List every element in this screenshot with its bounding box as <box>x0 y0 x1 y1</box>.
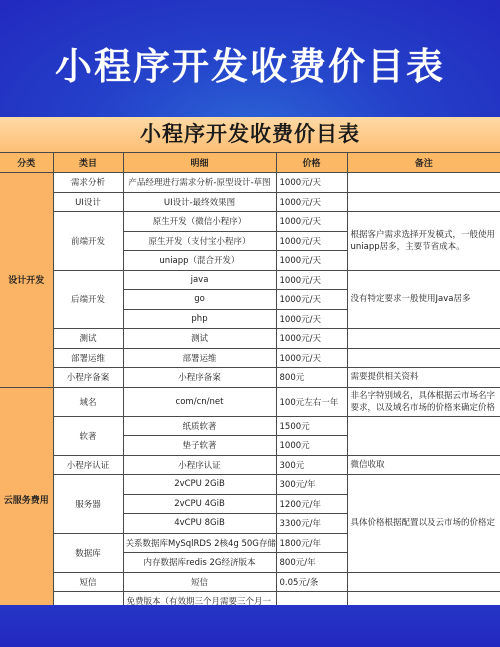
price-cell: 100元左右一年 <box>276 387 347 416</box>
detail-cell: java <box>123 270 276 290</box>
detail-cell: 短信 <box>123 572 276 592</box>
price-cell: 1000元/天 <box>276 290 347 310</box>
item-cell: 小程序备案 <box>53 368 123 388</box>
detail-cell: go <box>123 290 276 310</box>
detail-cell: 4vCPU 8GiB <box>123 514 276 534</box>
note-cell: 没有特定要求一般使用Java居多 <box>347 270 500 329</box>
detail-cell: 小程序认证 <box>123 455 276 475</box>
item-cell <box>53 592 123 606</box>
price-cell: 1000元/天 <box>276 192 347 212</box>
table-row: 小程序认证 小程序认证 300元 微信收取 <box>0 455 500 475</box>
category-cloud-service: 云服务费用 <box>0 387 53 605</box>
header-detail: 明细 <box>123 153 276 173</box>
item-cell: 后端开发 <box>53 270 123 329</box>
table-row: 云服务费用 域名 com/cn/net 100元左右一年 非名字特别域名，具体根… <box>0 387 500 416</box>
detail-cell: 纸质软著 <box>123 416 276 436</box>
header-category: 分类 <box>0 153 53 173</box>
price-cell: 1000元/天 <box>276 329 347 349</box>
price-cell: 300元/年 <box>276 475 347 495</box>
item-cell: 软著 <box>53 416 123 455</box>
detail-cell: uniapp（混合开发） <box>123 251 276 271</box>
note-cell: 非名字特别域名，具体根据云市场名字要求，以及域名市场的价格来确定价格 <box>347 387 500 416</box>
detail-cell: 免费版本（有效期三个月需要三个月一 <box>123 592 276 606</box>
price-cell: 800元/年 <box>276 553 347 573</box>
price-cell <box>276 592 347 606</box>
table-row: 短信 短信 0.05元/条 <box>0 572 500 592</box>
price-cell: 1000元/天 <box>276 173 347 193</box>
top-banner: 小程序开发收费价目表 <box>0 0 500 117</box>
note-cell <box>347 192 500 212</box>
table-row: 软著 纸质软著 1500元 <box>0 416 500 436</box>
detail-cell: 小程序备案 <box>123 368 276 388</box>
detail-cell: 原生开发（微信小程序） <box>123 212 276 232</box>
note-cell: 微信收取 <box>347 455 500 475</box>
detail-cell: 2vCPU 4GiB <box>123 494 276 514</box>
item-cell: 短信 <box>53 572 123 592</box>
detail-cell: 测试 <box>123 329 276 349</box>
price-cell: 1000元/天 <box>276 270 347 290</box>
price-cell: 1000元/天 <box>276 212 347 232</box>
price-cell: 1800元/年 <box>276 533 347 553</box>
item-cell: 域名 <box>53 387 123 416</box>
price-table: 分类 类目 明细 价格 备注 设计开发 需求分析 产品经理进行需求分析-原型设计… <box>0 152 500 605</box>
price-cell: 0.05元/条 <box>276 572 347 592</box>
price-cell: 1000元 <box>276 436 347 456</box>
table-row: 后端开发 java 1000元/天 没有特定要求一般使用Java居多 <box>0 270 500 290</box>
price-cell: 3300元/年 <box>276 514 347 534</box>
table-row: 免费版本（有效期三个月需要三个月一 <box>0 592 500 606</box>
detail-cell: 垫子软著 <box>123 436 276 456</box>
header-note: 备注 <box>347 153 500 173</box>
table-row: 测试 测试 1000元/天 <box>0 329 500 349</box>
detail-cell: 2vCPU 2GiB <box>123 475 276 495</box>
note-cell: 根据客户需求选择开发模式，一般使用uniapp居多，主要节省成本。 <box>347 212 500 271</box>
item-cell: 部署运维 <box>53 348 123 368</box>
item-cell: UI设计 <box>53 192 123 212</box>
price-cell: 300元 <box>276 455 347 475</box>
table-row: UI设计 UI设计-最终效果图 1000元/天 <box>0 192 500 212</box>
detail-cell: 产品经理进行需求分析-原型设计-草图 <box>123 173 276 193</box>
table-row: 服务器 2vCPU 2GiB 300元/年 具体价格根据配置以及云市场的价格定 <box>0 475 500 495</box>
item-cell: 服务器 <box>53 475 123 534</box>
price-cell: 1000元/天 <box>276 309 347 329</box>
note-cell <box>347 416 500 455</box>
sheet-title: 小程序开发收费价目表 <box>0 117 500 152</box>
bottom-banner <box>0 605 500 647</box>
item-cell: 测试 <box>53 329 123 349</box>
item-cell: 小程序认证 <box>53 455 123 475</box>
table-row: 前端开发 原生开发（微信小程序） 1000元/天 根据客户需求选择开发模式，一般… <box>0 212 500 232</box>
table-row: 部署运维 部署运维 1000元/天 <box>0 348 500 368</box>
header-item: 类目 <box>53 153 123 173</box>
header-price: 价格 <box>276 153 347 173</box>
table-row: 小程序备案 小程序备案 800元 需要提供相关资料 <box>0 368 500 388</box>
price-cell: 1000元/天 <box>276 348 347 368</box>
price-cell: 1000元/天 <box>276 251 347 271</box>
table-header-row: 分类 类目 明细 价格 备注 <box>0 153 500 173</box>
price-cell: 1200元/年 <box>276 494 347 514</box>
note-cell: 需要提供相关资料 <box>347 368 500 388</box>
note-cell <box>347 572 500 592</box>
detail-cell: 内存数据库redis 2G经济版本 <box>123 553 276 573</box>
item-cell: 前端开发 <box>53 212 123 271</box>
note-cell <box>347 348 500 368</box>
item-cell: 数据库 <box>53 533 123 572</box>
price-cell: 800元 <box>276 368 347 388</box>
detail-cell: com/cn/net <box>123 387 276 416</box>
note-cell: 具体价格根据配置以及云市场的价格定 <box>347 475 500 573</box>
note-cell <box>347 173 500 193</box>
detail-cell: 原生开发（支付宝小程序） <box>123 231 276 251</box>
detail-cell: UI设计-最终效果图 <box>123 192 276 212</box>
detail-cell: 关系数据库MySqlRDS 2核4g 50G存储 <box>123 533 276 553</box>
price-cell: 1000元/天 <box>276 231 347 251</box>
detail-cell: php <box>123 309 276 329</box>
banner-title: 小程序开发收费价目表 <box>0 36 500 90</box>
price-cell: 1500元 <box>276 416 347 436</box>
detail-cell: 部署运维 <box>123 348 276 368</box>
note-cell <box>347 329 500 349</box>
price-sheet: 小程序开发收费价目表 分类 类目 明细 价格 备注 设计开发 需求分析 产品经理… <box>0 117 500 605</box>
table-row: 设计开发 需求分析 产品经理进行需求分析-原型设计-草图 1000元/天 <box>0 173 500 193</box>
note-cell <box>347 592 500 606</box>
item-cell: 需求分析 <box>53 173 123 193</box>
category-design-dev: 设计开发 <box>0 173 53 388</box>
